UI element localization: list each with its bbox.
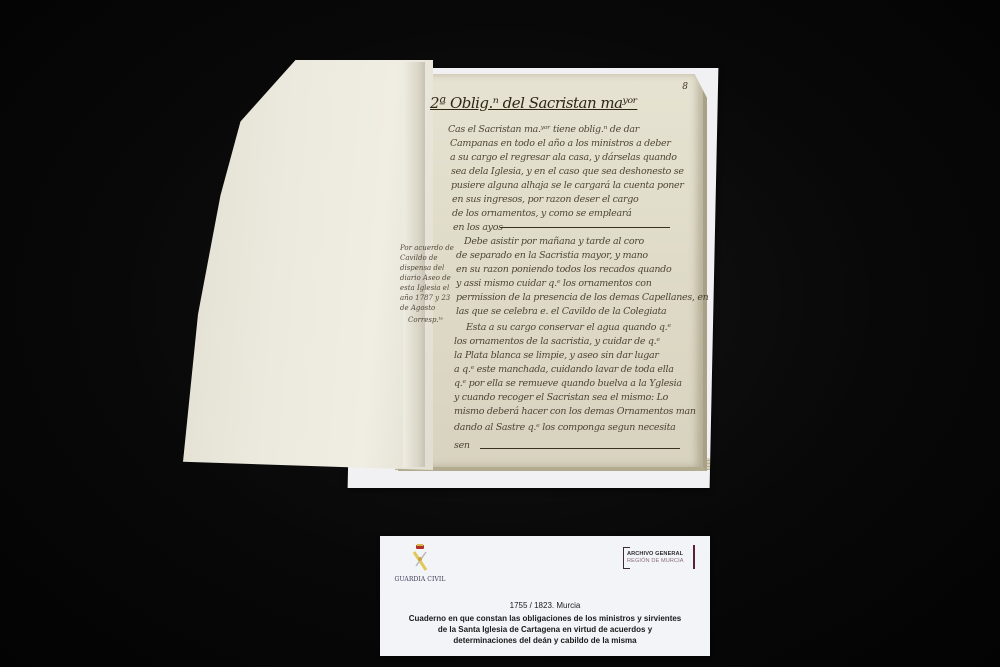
region-murcia-text: REGIÓN DE MURCIA — [627, 558, 684, 564]
manuscript-line: de los ornamentos, y como se empleará — [452, 208, 631, 219]
margin-note-line: esta Iglesia el — [400, 284, 449, 292]
margin-note-line: Corresp.ᵗᵉ — [408, 316, 443, 324]
manuscript-line: sen — [454, 440, 470, 451]
guardia-civil-logo: GUARDIA CIVIL — [392, 544, 448, 588]
manuscript-line: las que se celebra e. el Cavildo de la C… — [456, 306, 666, 317]
manuscript-line: permission de la presencia de los demas … — [456, 292, 709, 303]
manuscript-line: Debe asistir por mañana y tarde al coro — [464, 236, 644, 247]
manuscript-line: en los ayos — [453, 222, 503, 233]
description-line: de la Santa Iglesia de Cartagena en virt… — [386, 624, 704, 635]
description-line: determinaciones del deán y cabildo de la… — [386, 635, 704, 646]
guardia-civil-emblem-icon — [410, 544, 430, 574]
margin-note-line: Cavildo de — [400, 254, 438, 262]
manuscript-line: Campanas en todo el año a los ministros … — [450, 138, 671, 149]
manuscript-line: los ornamentos de la sacristia, y cuidar… — [454, 336, 660, 347]
manuscript-line: dando al Sastre q.ᵉ los componga segun n… — [454, 422, 675, 433]
manuscript-line: la Plata blanca se limpie, y aseo sin da… — [454, 350, 659, 361]
margin-note-line: de Agosto — [400, 304, 435, 312]
manuscript-line: q.ᵉ por ella se remueve quando buelva a … — [454, 378, 682, 389]
ink-rule — [480, 448, 680, 449]
description-line: Cuaderno en que constan las obligaciones… — [386, 613, 704, 624]
manuscript-line: Cas el Sacristan ma.ʸᵒʳ tiene oblig.ⁿ de… — [448, 124, 639, 135]
manuscript-line: sea dela Iglesia, y en el caso que sea d… — [451, 166, 684, 177]
manuscript-line: y assi mismo cuidar q.ᵉ los ornamentos c… — [456, 278, 652, 289]
manuscript-line: pusiere alguna alhaja se le cargará la c… — [451, 180, 684, 191]
archivo-general-logo: ARCHIVO GENERAL REGIÓN DE MURCIA — [623, 547, 703, 569]
manuscript-line: a su cargo el regresar ala casa, y dárse… — [450, 152, 677, 163]
margin-note-line: dispensa del — [400, 264, 444, 272]
logo-accent-bar — [693, 545, 695, 569]
label-description: Cuaderno en que constan las obligaciones… — [386, 613, 704, 646]
manuscript-line: mismo deberá hacer con los demas Ornamen… — [454, 406, 696, 417]
manuscript-line: a q.ᵉ este manchada, cuidando lavar de t… — [454, 364, 674, 375]
manuscript-line: en su razon poniendo todos los recados q… — [456, 264, 671, 275]
manuscript-line: de separado en la Sacristia mayor, y man… — [456, 250, 648, 261]
page-number: 8 — [682, 82, 688, 92]
margin-note-line: diario Aseo de — [400, 274, 451, 282]
label-date-place: 1755 / 1823. Murcia — [380, 601, 710, 610]
manuscript-line: en sus ingresos, por razon deser el carg… — [452, 194, 638, 205]
ink-rule — [500, 227, 670, 228]
margin-note-line: Por acuerdo de — [400, 244, 454, 252]
manuscript-line: y cuando recoger el Sacristan sea el mis… — [454, 392, 668, 403]
manuscript-text: 8 2ª Oblig.ⁿ del Sacristan maʸᵒʳ Cas el … — [420, 80, 700, 460]
manuscript-heading: 2ª Oblig.ⁿ del Sacristan maʸᵒʳ — [430, 94, 637, 112]
margin-note-line: año 1787 y 23 — [400, 294, 450, 302]
manuscript-line: Esta a su cargo conservar el agua quando… — [466, 322, 671, 333]
exhibit-label-card: GUARDIA CIVIL ARCHIVO GENERAL REGIÓN DE … — [380, 536, 710, 656]
archivo-general-text: ARCHIVO GENERAL — [627, 551, 683, 557]
guardia-civil-text: GUARDIA CIVIL — [392, 576, 448, 583]
